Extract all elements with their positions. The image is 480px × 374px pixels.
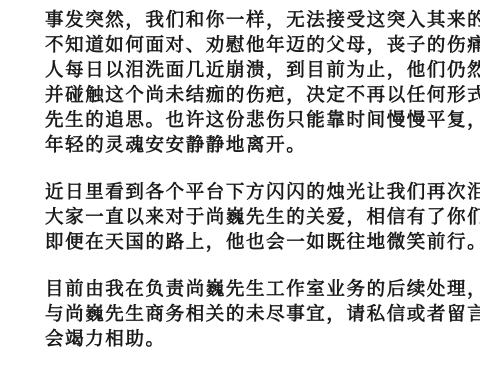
text-line: 先生的追思。也许这份悲伤只能靠时间慢慢平复，就让这颗	[45, 108, 445, 133]
text-line: 大家一直以来对于尚巍先生的关爱，相信有了你们的祝福，	[45, 205, 445, 230]
paragraph-3: 目前由我在负责尚巍先生工作室业务的后续处理，如果你有 与尚巍先生商务相关的未尽事…	[45, 277, 445, 300]
text-line: 不知道如何面对、劝慰他年迈的父母，丧子的伤痛让两位老	[45, 33, 445, 58]
text-line: 人每日以泪洗面几近崩溃，到目前为止，他们仍然无法接受	[45, 58, 445, 83]
paragraph-2: 近日里看到各个平台下方闪闪的烛光让我们再次泪目，感谢 大家一直以来对于尚巍先生的…	[45, 180, 445, 255]
text-line: 事发突然，我们和你一样，无法接受这突入其来的悲痛，更	[45, 8, 445, 33]
text-line: 年轻的灵魂安安静静地离开。	[45, 133, 445, 158]
paragraph-1: 事发突然，我们和你一样，无法接受这突入其来的悲痛，更 不知道如何面对、劝慰他年迈…	[45, 8, 445, 158]
text-line: 目前由我在负责尚巍先生工作室业务的后续处理，如果你有	[45, 277, 445, 300]
text-line: 即便在天国的路上，他也会一如既往地微笑前行。	[45, 230, 445, 255]
document-body: 事发突然，我们和你一样，无法接受这突入其来的悲痛，更 不知道如何面对、劝慰他年迈…	[45, 8, 445, 300]
text-line: 近日里看到各个平台下方闪闪的烛光让我们再次泪目，感谢	[45, 180, 445, 205]
text-line: 并碰触这个尚未结痂的伤疤，决定不再以任何形式进行尚巍	[45, 83, 445, 108]
